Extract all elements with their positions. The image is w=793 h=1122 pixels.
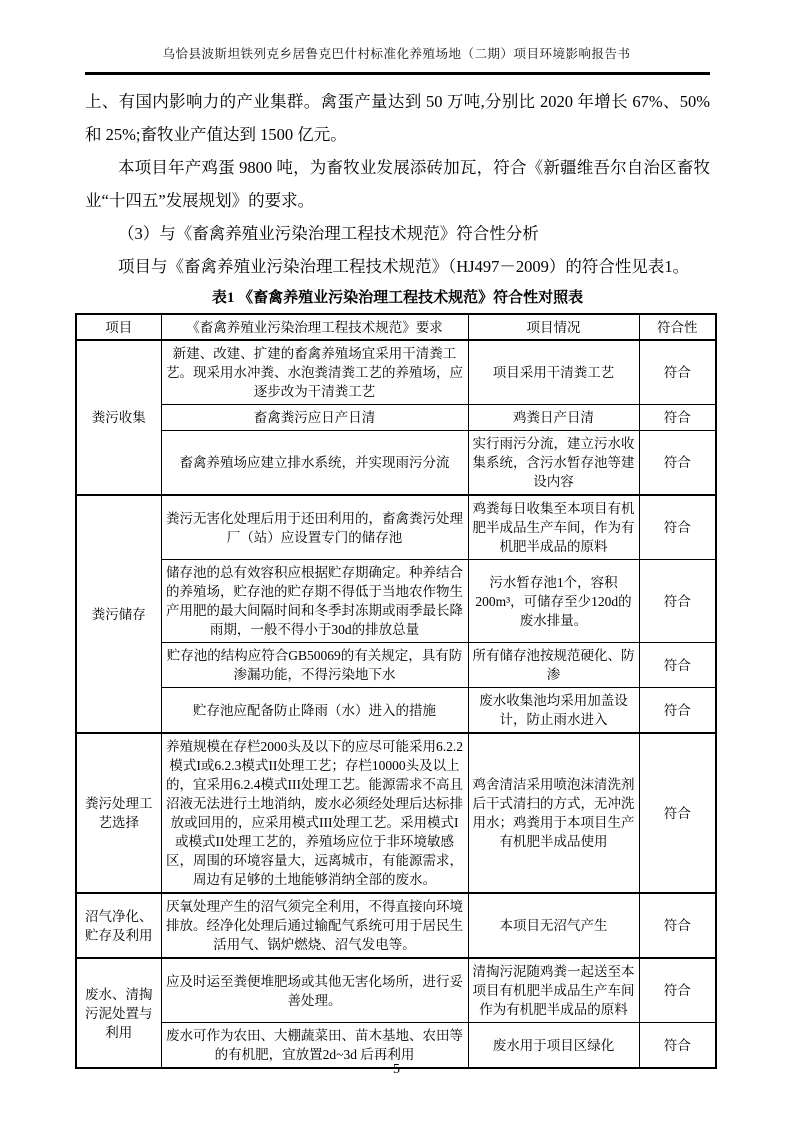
table-cell-compliance: 符合 — [639, 431, 716, 496]
table-cell-situation: 污水暂存池1个，容积200m³，可储存至少120d的废水排量。 — [468, 560, 639, 643]
table-cell-requirement: 贮存池应配备防止降雨（水）进入的措施 — [161, 688, 468, 734]
page-number: 5 — [0, 1062, 793, 1078]
paragraph-1: 上、有国内影响力的产业集群。禽蛋产量达到 50 万吨,分别比 2020 年增长 … — [85, 85, 710, 151]
table-title: 表1 《畜禽养殖业污染治理工程技术规范》符合性对照表 — [85, 286, 710, 311]
document-content: 上、有国内影响力的产业集群。禽蛋产量达到 50 万吨,分别比 2020 年增长 … — [85, 85, 710, 1069]
table-cell-compliance: 符合 — [639, 958, 716, 1023]
table-cell-requirement: 应及时运至粪便堆肥场或其他无害化场所，进行妥善处理。 — [161, 958, 468, 1023]
table-group-label: 粪污储存 — [76, 495, 161, 733]
table-cell-compliance: 符合 — [639, 893, 716, 958]
table-row: 废水、清掏污泥处置与利用应及时运至粪便堆肥场或其他无害化场所，进行妥善处理。清掏… — [76, 958, 716, 1023]
table-group-label: 粪污收集 — [76, 340, 161, 495]
table-cell-requirement: 储存池的总有效容积应根据贮存期确定。种养结合的养殖场，贮存池的贮存期不得低于当地… — [161, 560, 468, 643]
table-cell-compliance: 符合 — [639, 643, 716, 688]
table-cell-requirement: 养殖规模在存栏2000头及以下的应尽可能采用6.2.2模式I或6.2.3模式II… — [161, 733, 468, 893]
table-cell-compliance: 符合 — [639, 560, 716, 643]
table-cell-requirement: 贮存池的结构应符合GB50069的有关规定，具有防渗漏功能，不得污染地下水 — [161, 643, 468, 688]
table-row: 畜禽养殖场应建立排水系统，并实现雨污分流实行雨污分流，建立污水收集系统，含污水暂… — [76, 431, 716, 496]
table-cell-situation: 项目采用干清粪工艺 — [468, 340, 639, 405]
table-group-label: 废水、清掏污泥处置与利用 — [76, 958, 161, 1068]
table-row: 贮存池应配备防止降雨（水）进入的措施废水收集池均采用加盖设计，防止雨水进入符合 — [76, 688, 716, 734]
paragraph-4: 项目与《畜禽养殖业污染治理工程技术规范》（HJ497－2009）的符合性见表1。 — [85, 250, 710, 283]
document-page: 乌恰县波斯坦铁列克乡居鲁克巴什村标准化养殖场地（二期）项目环境影响报告书 上、有… — [0, 0, 793, 1122]
document-header: 乌恰县波斯坦铁列克乡居鲁克巴什村标准化养殖场地（二期）项目环境影响报告书 — [0, 0, 793, 75]
table-cell-situation: 废水收集池均采用加盖设计，防止雨水进入 — [468, 688, 639, 734]
table-row: 粪污收集新建、改建、扩建的畜禽养殖场宜采用干清粪工艺。现采用水冲粪、水泡粪清粪工… — [76, 340, 716, 405]
table-cell-compliance: 符合 — [639, 495, 716, 560]
compliance-table: 项目 《畜禽养殖业污染治理工程技术规范》要求 项目情况 符合性 粪污收集新建、改… — [75, 313, 717, 1069]
table-cell-requirement: 厌氧处理产生的沼气须完全利用，不得直接向环境排放。经净化处理后通过输配气系统可用… — [161, 893, 468, 958]
document-header-title: 乌恰县波斯坦铁列克乡居鲁克巴什村标准化养殖场地（二期）项目环境影响报告书 — [0, 44, 793, 62]
paragraph-3: （3）与《畜禽养殖业污染治理工程技术规范》符合性分析 — [85, 217, 710, 250]
paragraph-2: 本项目年产鸡蛋 9800 吨，为畜牧业发展添砖加瓦，符合《新疆维吾尔自治区畜牧业… — [85, 151, 710, 217]
table-row: 畜禽粪污应日产日清鸡粪日产日清符合 — [76, 405, 716, 431]
table-row: 粪污储存粪污无害化处理后用于还田利用的，畜禽粪污处理厂（站）应设置专门的储存池鸡… — [76, 495, 716, 560]
column-header-compliance: 符合性 — [639, 314, 716, 340]
table-cell-situation: 实行雨污分流，建立污水收集系统，含污水暂存池等建设内容 — [468, 431, 639, 496]
table-cell-situation: 鸡粪每日收集至本项目有机肥半成品生产车间，作为有机肥半成品的原料 — [468, 495, 639, 560]
column-header-requirement: 《畜禽养殖业污染治理工程技术规范》要求 — [161, 314, 468, 340]
table-cell-compliance: 符合 — [639, 405, 716, 431]
table-row: 储存池的总有效容积应根据贮存期确定。种养结合的养殖场，贮存池的贮存期不得低于当地… — [76, 560, 716, 643]
table-cell-requirement: 畜禽养殖场应建立排水系统，并实现雨污分流 — [161, 431, 468, 496]
table-cell-compliance: 符合 — [639, 688, 716, 734]
table-cell-compliance: 符合 — [639, 340, 716, 405]
table-body: 粪污收集新建、改建、扩建的畜禽养殖场宜采用干清粪工艺。现采用水冲粪、水泡粪清粪工… — [76, 340, 716, 1068]
column-header-situation: 项目情况 — [468, 314, 639, 340]
table-cell-situation: 鸡舍清洁采用喷泡沫清洗剂后干式清扫的方式，无冲洗用水；鸡粪用于本项目生产有机肥半… — [468, 733, 639, 893]
table-cell-situation: 清掏污泥随鸡粪一起送至本项目有机肥半成品生产车间作为有机肥半成品的原料 — [468, 958, 639, 1023]
table-row: 粪污处理工艺选择养殖规模在存栏2000头及以下的应尽可能采用6.2.2模式I或6… — [76, 733, 716, 893]
table-group-label: 粪污处理工艺选择 — [76, 733, 161, 893]
header-divider — [85, 72, 710, 75]
column-header-project: 项目 — [76, 314, 161, 340]
table-header-row: 项目 《畜禽养殖业污染治理工程技术规范》要求 项目情况 符合性 — [76, 314, 716, 340]
table-cell-requirement: 畜禽粪污应日产日清 — [161, 405, 468, 431]
table-row: 沼气净化、贮存及利用厌氧处理产生的沼气须完全利用，不得直接向环境排放。经净化处理… — [76, 893, 716, 958]
table-cell-situation: 所有储存池按规范硬化、防渗 — [468, 643, 639, 688]
table-cell-requirement: 新建、改建、扩建的畜禽养殖场宜采用干清粪工艺。现采用水冲粪、水泡粪清粪工艺的养殖… — [161, 340, 468, 405]
table-cell-requirement: 粪污无害化处理后用于还田利用的，畜禽粪污处理厂（站）应设置专门的储存池 — [161, 495, 468, 560]
table-cell-situation: 本项目无沼气产生 — [468, 893, 639, 958]
table-group-label: 沼气净化、贮存及利用 — [76, 893, 161, 958]
table-row: 贮存池的结构应符合GB50069的有关规定，具有防渗漏功能，不得污染地下水所有储… — [76, 643, 716, 688]
table-cell-compliance: 符合 — [639, 733, 716, 893]
table-cell-situation: 鸡粪日产日清 — [468, 405, 639, 431]
